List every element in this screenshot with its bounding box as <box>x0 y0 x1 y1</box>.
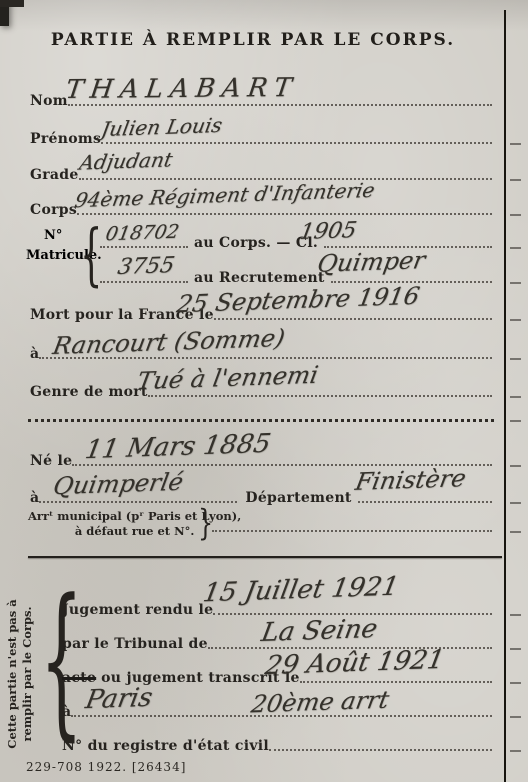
transcrit-line <box>300 681 492 683</box>
registre-line <box>269 749 492 751</box>
grade-value: Adjudant <box>78 149 174 172</box>
registre-label: N° du registre d'état civil <box>62 739 269 754</box>
page-edge-line <box>504 10 506 782</box>
nom-label: Nom <box>30 94 68 109</box>
classe-value: 1905 <box>298 220 358 244</box>
matricule-no-label: N° <box>44 228 62 243</box>
prenoms-line <box>101 142 492 144</box>
scan-tick <box>510 420 521 422</box>
prenoms-label: Prénoms <box>30 132 101 147</box>
field-arrondissement <box>212 517 492 535</box>
scan-tick <box>510 396 521 398</box>
form-title: PARTIE À REMPLIR PAR LE CORPS. <box>0 30 506 50</box>
genre-mort-line <box>148 395 492 397</box>
print-imprint: 229-708 1922. [26434] <box>26 760 186 774</box>
scan-tick <box>510 319 521 321</box>
matricule-recrutement-value: 3755 <box>116 255 176 279</box>
scan-tick <box>510 750 521 752</box>
scan-corner-mark-top <box>0 0 24 7</box>
section-divider-solid <box>28 556 502 558</box>
mort-a-label: à <box>30 347 39 362</box>
departement-line <box>358 501 492 503</box>
grade-label: Grade <box>30 168 79 183</box>
scan-tick <box>510 648 521 650</box>
scan-tick <box>510 465 521 467</box>
scan-tick <box>510 179 521 181</box>
arrondissement-line <box>212 530 492 532</box>
nom-value: THALABART <box>64 75 300 103</box>
matricule-recrutement-line <box>100 281 188 283</box>
matricule-corps-value: 018702 <box>104 223 180 245</box>
jugement-rendu-label: Jugement rendu le <box>62 603 213 618</box>
ne-le-label: Né le <box>30 454 72 469</box>
prenoms-value: Julien Louis <box>100 115 224 139</box>
departement-value: Finistère <box>353 466 467 494</box>
au-recrutement-label: au Recrutement <box>194 271 325 286</box>
genre-mort-value: Tué à l'ennemi <box>135 363 320 393</box>
genre-mort-label: Genre de mort <box>30 385 148 400</box>
jugement-lieu-arrondissement: 20ème arrt <box>249 688 390 717</box>
scan-tick <box>510 247 521 249</box>
corps-line <box>77 213 492 215</box>
ne-a-value: Quimperlé <box>51 470 185 498</box>
departement-label: Département <box>245 491 351 506</box>
ne-a-label: à <box>30 491 39 506</box>
tribunal-label: par le Tribunal de <box>62 637 208 652</box>
mort-le-line <box>214 318 492 320</box>
transcrit-value: 29 Août 1921 <box>263 647 446 679</box>
grade-line <box>79 178 492 180</box>
scan-tick <box>510 682 521 684</box>
scan-tick <box>510 358 521 360</box>
scan-tick <box>510 614 521 616</box>
section-divider-dashed <box>28 419 494 422</box>
transcrit-struck-word: acte <box>62 671 96 686</box>
scan-tick <box>510 143 521 145</box>
scan-tick <box>510 214 521 216</box>
jugement-rendu-value: 15 Juillet 1921 <box>201 574 401 607</box>
arrondissement-brace: } <box>198 505 213 541</box>
matricule-corps-line <box>100 246 188 248</box>
scan-tick <box>510 716 521 718</box>
document-page: PARTIE À REMPLIR PAR LE CORPS. Nom THALA… <box>0 0 528 782</box>
ne-le-value: 11 Mars 1885 <box>83 431 273 463</box>
lieu-recrutement-value: Quimper <box>316 248 428 276</box>
corps-label: Corps <box>30 203 77 218</box>
tribunal-value: La Seine <box>259 616 379 646</box>
jugement-lieu-city: Paris <box>83 685 154 713</box>
jugement-lieu-label: à <box>62 705 71 720</box>
field-registre: N° du registre d'état civil <box>62 736 492 754</box>
scan-tick <box>510 502 521 504</box>
scan-tick <box>510 531 521 533</box>
scan-tick <box>510 282 521 284</box>
